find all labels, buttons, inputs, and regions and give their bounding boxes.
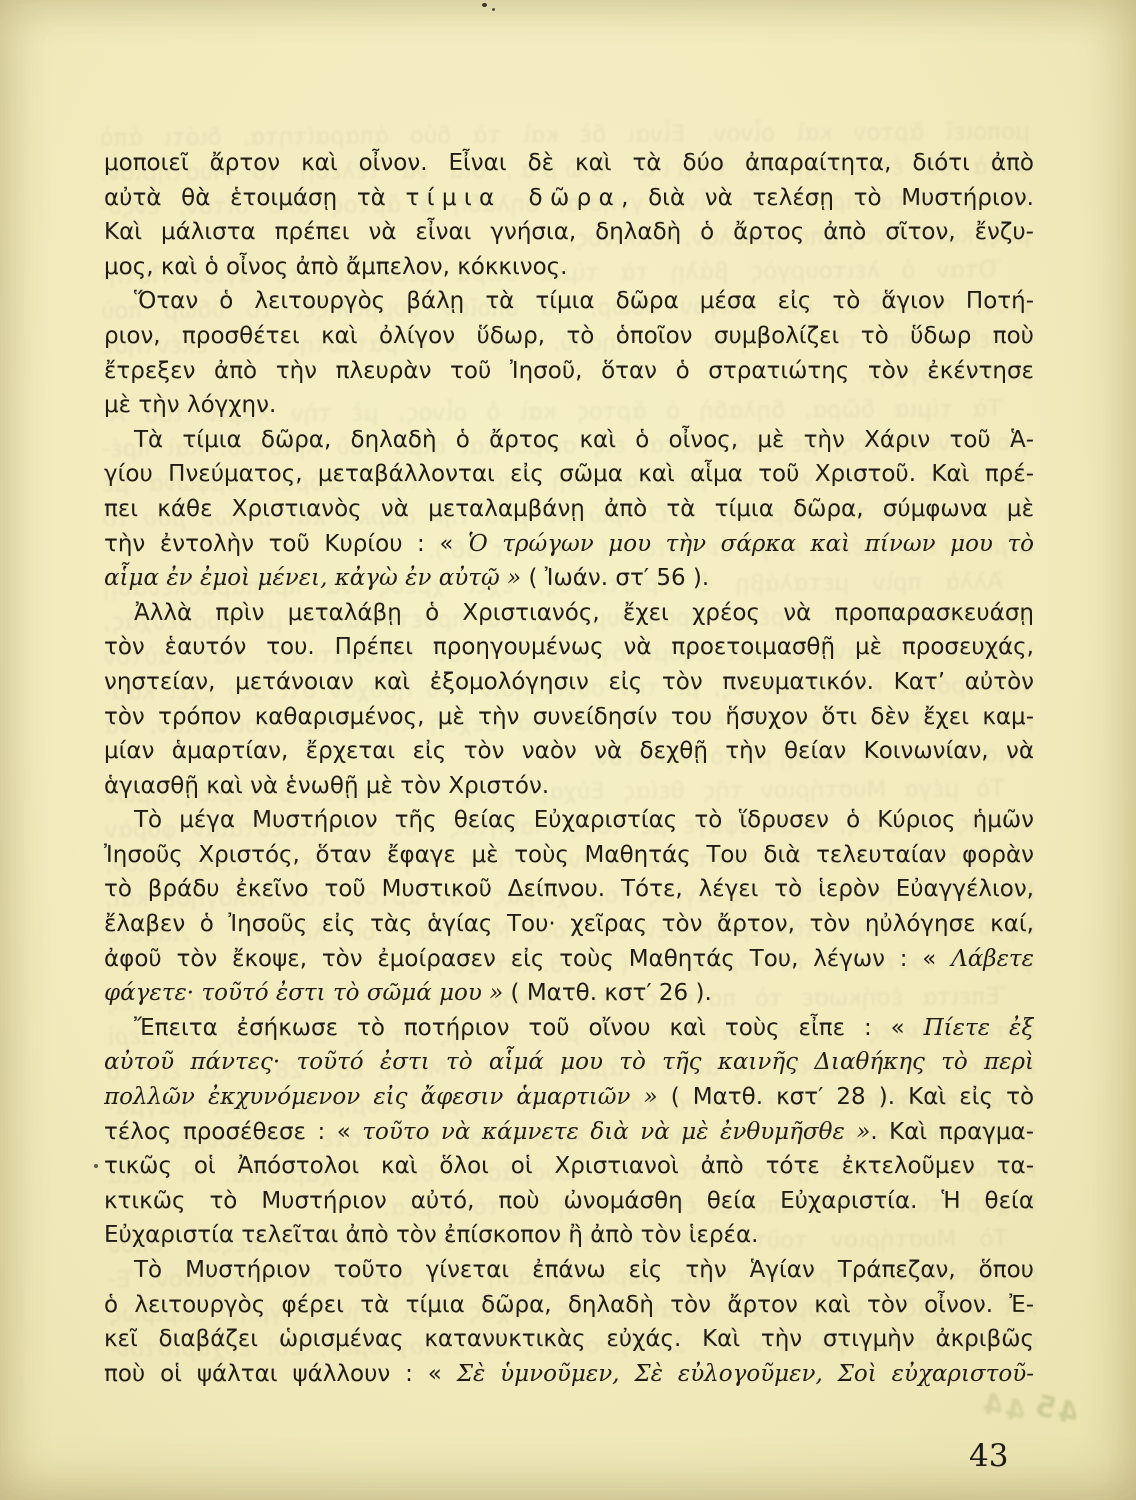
- text-line: τὴν ἐντολὴν τοῦ Κυρίου : « Ὁ τρώγων μου …: [104, 527, 1034, 562]
- text-line: ἔλαβεν ὁ Ἰησοῦς εἰς τὰς ἁγίας Του· χεῖρα…: [104, 907, 1034, 942]
- text-line: τὸν τρόπον καθαρισμένος, μὲ τὴν συνείδησ…: [104, 700, 1034, 735]
- text-line: μος, καὶ ὁ οἶνος ἀπὸ ἄμπελον, κόκκινος.: [104, 250, 1034, 285]
- ghost-number: 44: [976, 1385, 1029, 1429]
- paragraph: Ἔπειτα ἐσήκωσε τὸ ποτήριον τοῦ οἴνου καὶ…: [104, 1011, 1034, 1253]
- text-line: ριον, προσθέτει καὶ ὀλίγον ὕδωρ, τὸ ὁποῖ…: [104, 319, 1034, 354]
- text-line: τὸ βράδυ ἐκεῖνο τοῦ Μυστικοῦ Δείπνου. Τό…: [104, 872, 1034, 907]
- text-line: Τὸ μέγα Μυστήριον τῆς θείας Εὐχαριστίας …: [104, 803, 1034, 838]
- text-line: αὐτὰ θὰ ἑτοιμάσῃ τὰ τίμια δῶρα, διὰ νὰ τ…: [104, 181, 1034, 216]
- text-line: ὁ λειτουργὸς φέρει τὰ τίμια δῶρα, δηλαδὴ…: [104, 1288, 1034, 1323]
- text-line: Εὐχαριστία τελεῖται ἀπὸ τὸν ἐπίσκοπον ἢ …: [104, 1218, 1034, 1253]
- paragraph: Τὰ τίμια δῶρα, δηλαδὴ ὁ ἄρτος καὶ ὁ οἶνο…: [104, 423, 1034, 596]
- text-line: Τὸ Μυστήριον τοῦτο γίνεται ἐπάνω εἰς τὴν…: [104, 1253, 1034, 1288]
- text-line: γίου Πνεύματος, μεταβάλλονται εἰς σῶμα κ…: [104, 457, 1034, 492]
- paragraph: Τὸ μέγα Μυστήριον τῆς θείας Εὐχαριστίας …: [104, 803, 1034, 1011]
- text-line: τὸν ἑαυτόν του. Πρέπει προηγουμένως νὰ π…: [104, 630, 1034, 665]
- text-line: Ἰησοῦς Χριστός, ὅταν ἔφαγε μὲ τοὺς Μαθητ…: [104, 838, 1034, 873]
- text-line: ἔτρεξεν ἀπὸ τὴν πλευρὰν τοῦ Ἰησοῦ, ὅταν …: [104, 354, 1034, 389]
- text-line: Τὰ τίμια δῶρα, δηλαδὴ ὁ ἄρτος καὶ ὁ οἶνο…: [104, 423, 1034, 458]
- text-line: πολλῶν ἐκχυνόμενον εἰς ἄφεσιν ἁμαρτιῶν »…: [104, 1080, 1034, 1115]
- text-line: αἷμα ἐν ἐμοὶ μένει, κἀγὼ ἐν αὐτῷ » ( Ἰωά…: [104, 561, 1034, 596]
- page-number: 43: [969, 1438, 1008, 1474]
- text-line: Ἀλλὰ πρὶν μεταλάβῃ ὁ Χριστιανός, ἔχει χρ…: [104, 596, 1034, 631]
- book-page: μοποιεῖ ἄρτον καὶ οἶνον. Εἶναι δὲ καὶ τὰ…: [0, 0, 1136, 1500]
- paragraph: Ἀλλὰ πρὶν μεταλάβῃ ὁ Χριστιανός, ἔχει χρ…: [104, 596, 1034, 804]
- text-line: μίαν ἁμαρτίαν, ἔρχεται εἰς τὸν ναὸν νὰ δ…: [104, 734, 1034, 769]
- text-line: τικῶς οἱ Ἀπόστολοι καὶ ὅλοι οἱ Χριστιανο…: [104, 1149, 1034, 1184]
- text-line: κεῖ διαβάζει ὡρισμένας κατανυκτικὰς εὐχά…: [104, 1322, 1034, 1357]
- text-line: ἀφοῦ τὸν ἔκοψε, τὸν ἐμοίρασεν εἰς τοὺς Μ…: [104, 942, 1034, 977]
- text-line: Ὅταν ὁ λειτουργὸς βάλῃ τὰ τίμια δῶρα μέσ…: [104, 284, 1034, 319]
- paragraph: μοποιεῖ ἄρτον καὶ οἶνον. Εἶναι δὲ καὶ τὰ…: [104, 146, 1034, 284]
- text-block: μοποιεῖ ἄρτον καὶ οἶνον. Εἶναι δὲ καὶ τὰ…: [104, 146, 1034, 1391]
- text-line: κτικῶς τὸ Μυστήριον αὐτό, ποὺ ὠνομάσθη θ…: [104, 1184, 1034, 1219]
- text-line: ποὺ οἱ ψάλται ψάλλουν : « Σὲ ὑμνοῦμεν, Σ…: [104, 1357, 1034, 1392]
- ghost-number: 45: [1029, 1387, 1082, 1431]
- paragraph: Ὅταν ὁ λειτουργὸς βάλῃ τὰ τίμια δῶρα μέσ…: [104, 284, 1034, 422]
- scanned-book-page-screenshot: { "page": { "number": "43" }, "colors": …: [0, 0, 1136, 1500]
- ink-speck: [482, 3, 487, 7]
- text-line: αὐτοῦ πάντες· τοῦτό ἐστι τὸ αἷμά μου τὸ …: [104, 1045, 1034, 1080]
- text-line: φάγετε· τοῦτό ἐστι τὸ σῶμά μου » ( Ματθ.…: [104, 976, 1034, 1011]
- text-line: Καὶ μάλιστα πρέπει νὰ εἶναι γνήσια, δηλα…: [104, 215, 1034, 250]
- text-line: τέλος προσέθεσε : « τοῦτο νὰ κάμνετε διὰ…: [104, 1115, 1034, 1150]
- text-line: πει κάθε Χριστιανὸς νὰ μεταλαμβάνῃ ἀπὸ τ…: [104, 492, 1034, 527]
- text-line: μοποιεῖ ἄρτον καὶ οἶνον. Εἶναι δὲ καὶ τὰ…: [104, 146, 1034, 181]
- text-line: ἁγιασθῇ καὶ νὰ ἑνωθῇ μὲ τὸν Χριστόν.: [104, 769, 1034, 804]
- ink-speck: [94, 1164, 98, 1168]
- text-line: Ἔπειτα ἐσήκωσε τὸ ποτήριον τοῦ οἴνου καὶ…: [104, 1011, 1034, 1046]
- ink-speck: [492, 8, 495, 11]
- paragraph: Τὸ Μυστήριον τοῦτο γίνεται ἐπάνω εἰς τὴν…: [104, 1253, 1034, 1391]
- text-line: μὲ τὴν λόγχην.: [104, 388, 1034, 423]
- text-line: νηστείαν, μετάνοιαν καὶ ἐξομολόγησιν εἰς…: [104, 665, 1034, 700]
